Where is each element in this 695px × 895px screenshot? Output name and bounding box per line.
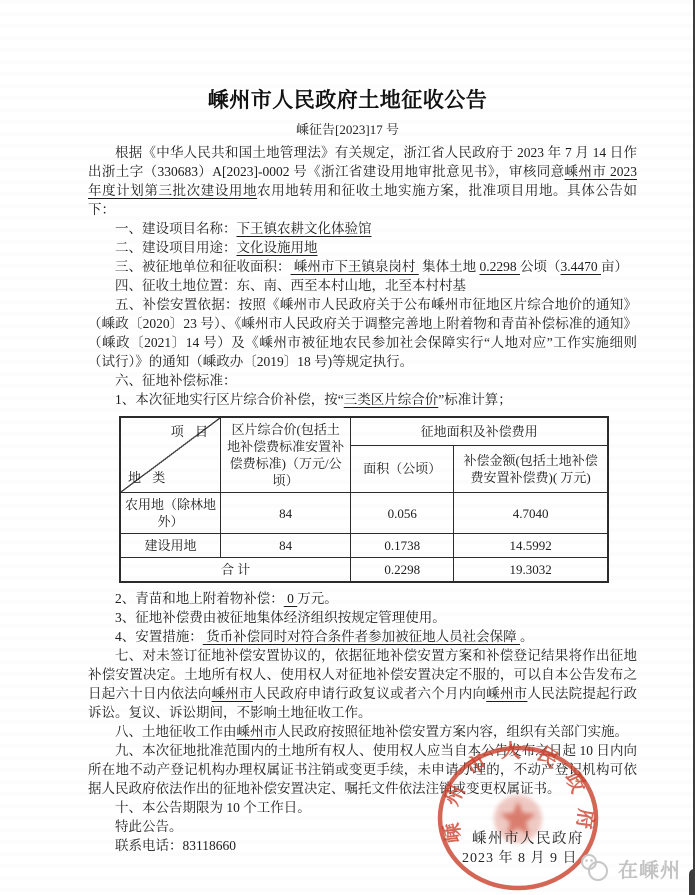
cell-amount: 4.7040	[454, 493, 608, 534]
item-6-sub-3: 3、征地补偿费由被征地集体经济组织按规定管理使用。	[88, 608, 637, 627]
header-group: 征地面积及补偿费用	[351, 417, 608, 445]
text-segment: 六、征地补偿标准：	[115, 373, 237, 388]
text-segment: 五、补偿安置依据：按照《嵊州市人民政府关于公布嵊州市征地区片综合地价的通知》（嵊…	[88, 297, 637, 369]
cell-price: 84	[221, 534, 351, 558]
text-segment: 根据《中华人民共和国土地管理法》有关规定，浙江省人民政府于 2023 年 7 月…	[88, 145, 637, 179]
underlined-text: 嵊州市	[212, 686, 253, 701]
item-8: 八、土地征收工作由嵊州市人民政府按照征地补偿安置方案内容，组织有关部门实施。	[88, 722, 637, 741]
text-segment: 人民政府按照征地补偿安置方案内容，组织有关部门实施。	[277, 724, 628, 739]
text-segment: 集体土地	[419, 259, 480, 274]
table-header-row-1: 项 目 地 类 区片综合价(包括土地补偿费标准安置补偿费标准)（万元/公顷） 征…	[120, 417, 608, 445]
corner-label-landtype: 地 类	[128, 469, 169, 486]
doc-number: 嵊征告[2023]17 号	[0, 119, 695, 138]
watermark-text: 在嵊州	[618, 854, 681, 883]
underlined-text: 0	[284, 591, 298, 606]
cell-label: 农用地（除林地外）	[120, 493, 221, 534]
underlined-text: 嵊州市	[486, 686, 527, 701]
corner-label-project: 项 目	[171, 423, 212, 440]
text-segment: 公顷（	[520, 259, 561, 274]
text-segment: 。	[520, 629, 534, 644]
text-segment: 1、本次征地实行区片综合价补偿，按“	[115, 392, 344, 407]
underlined-text: 文化设施用地	[237, 240, 318, 255]
cell-total-area: 0.2298	[351, 558, 454, 583]
item-5: 五、补偿安置依据：按照《嵊州市人民政府关于公布嵊州市征地区片综合地价的通知》（嵊…	[88, 295, 637, 371]
text-segment: 十、本公告期限为 10 个工作日。	[115, 800, 311, 815]
header-area: 面积（公顷）	[351, 445, 454, 492]
table-total-row: 合 计 0.2298 19.3032	[120, 558, 608, 583]
cell-label: 建设用地	[120, 534, 221, 558]
signature-org: 嵊州市人民政府	[472, 827, 584, 848]
cell-area: 0.1738	[351, 534, 454, 558]
page-title: 嵊州市人民政府土地征收公告	[0, 0, 695, 114]
item-6: 六、征地补偿标准：	[88, 371, 637, 390]
text-segment: 3、征地补偿费由被征地集体经济组织按规定管理使用。	[115, 610, 446, 625]
cell-total-label: 合 计	[120, 558, 351, 583]
underlined-text: 下王镇农耕文化体验馆	[237, 221, 372, 236]
item-1: 一、建设项目名称：下王镇农耕文化体验馆	[88, 219, 637, 238]
underlined-text: 货币补偿同时对符合条件者参加被征地人员社会保障	[203, 629, 520, 644]
table-corner-cell: 项 目 地 类	[120, 417, 221, 493]
item-6-sub-1: 1、本次征地实行区片综合价补偿，按“三类区片综合价”标准计算；	[88, 390, 637, 409]
text-segment: 四、征收土地位置：东、南、西至本村山地，北至本村村基	[115, 278, 466, 293]
item-6-sub-4: 4、安置措施： 货币补偿同时对符合条件者参加被征地人员社会保障 。	[88, 627, 637, 646]
text-segment: ”标准计算；	[438, 392, 512, 407]
text-segment: 4、安置措施：	[115, 629, 203, 644]
cell-area: 0.056	[351, 493, 454, 534]
mascot-icon	[578, 853, 612, 883]
item-2: 二、建设项目用途：文化设施用地	[88, 238, 637, 257]
cell-price: 84	[221, 493, 351, 534]
text-segment: 2、青苗和地上附着物补偿：	[115, 591, 284, 606]
header-amount: 补偿金额(包括土地补偿费安置补偿费)( 万元)	[454, 445, 608, 492]
text-segment: 联系电话：83118660	[115, 838, 236, 853]
item-7: 七、对未签订征地补偿安置协议的，依据征地补偿安置方案和补偿登记结果将作出征地补偿…	[88, 646, 637, 722]
item-4: 四、征收土地位置：东、南、西至本村山地，北至本村村基	[88, 276, 637, 295]
text-segment: 人民政府申请行政复议或者六个月内向	[253, 686, 486, 701]
text-segment: 万元。	[297, 591, 338, 606]
underlined-text: 嵊州市	[237, 724, 278, 739]
intro-paragraph: 根据《中华人民共和国土地管理法》有关规定，浙江省人民政府于 2023 年 7 月…	[88, 143, 637, 219]
underlined-text: 3.4470	[561, 259, 602, 274]
header-price: 区片综合价(包括土地补偿费标准安置补偿费标准)（万元/公顷）	[221, 417, 351, 493]
text-segment: 特此公告。	[115, 819, 183, 834]
item-3: 三、被征地单位和征收面积： 嵊州市下王镇泉岗村 集体土地 0.2298 公顷（3…	[88, 257, 637, 276]
text-segment: 亩）	[601, 259, 628, 274]
table-row-farmland: 农用地（除林地外） 84 0.056 4.7040	[120, 493, 608, 534]
text-segment: 八、土地征收工作由	[115, 724, 237, 739]
scanned-document-page: 嵊州市人民政府土地征收公告 嵊征告[2023]17 号 根据《中华人民共和国土地…	[0, 0, 695, 895]
text-segment: 一、建设项目名称：	[115, 221, 237, 236]
underlined-text: 嵊州市下王镇泉岗村	[291, 259, 419, 274]
compensation-table: 项 目 地 类 区片综合价(包括土地补偿费标准安置补偿费标准)（万元/公顷） 征…	[119, 416, 609, 583]
underlined-text: 0.2298	[480, 259, 521, 274]
signature-date: 2023 年 8 月 9 日	[462, 847, 578, 867]
scan-corner-shadow	[689, 869, 695, 895]
cell-total-amount: 19.3032	[454, 558, 608, 583]
cell-amount: 14.5992	[454, 534, 608, 558]
text-segment: 二、建设项目用途：	[115, 240, 237, 255]
underlined-text: 三类区片综合价	[344, 392, 439, 407]
item-6-sub-2: 2、青苗和地上附着物补偿： 0 万元。	[88, 589, 637, 608]
zaishengzhou-watermark: 在嵊州	[578, 853, 681, 883]
table-row-construction: 建设用地 84 0.1738 14.5992	[120, 534, 608, 558]
text-segment: 三、被征地单位和征收面积：	[115, 259, 291, 274]
